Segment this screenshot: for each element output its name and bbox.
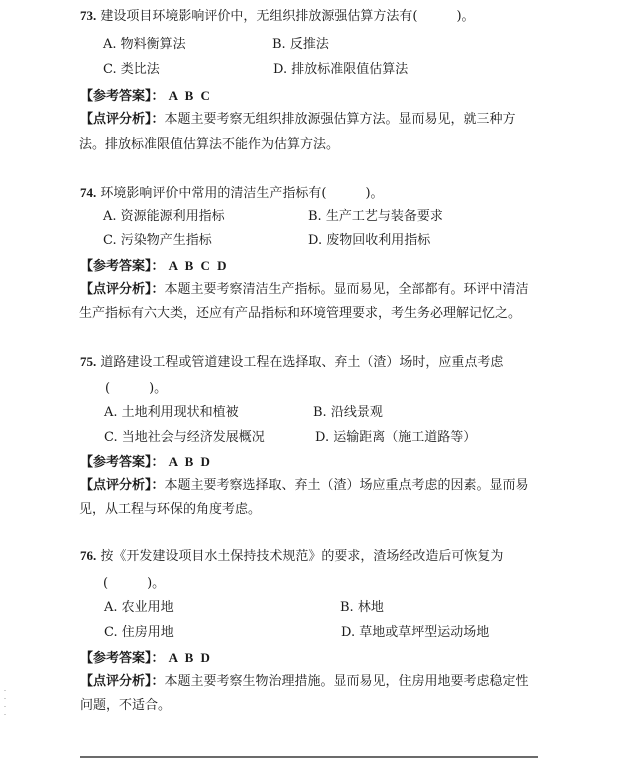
answer-label: 【参考答案】 <box>80 259 152 274</box>
option-label: B. <box>272 37 286 52</box>
option-label: B. <box>340 600 354 615</box>
option-text: 资源能源利用指标 <box>121 209 225 224</box>
option-text: 林地 <box>358 600 384 615</box>
answer-value: A B D <box>169 650 212 665</box>
option-c: C. 污染物产生指标 <box>103 233 212 249</box>
option-label: D. <box>308 233 322 248</box>
analysis-label: 【点评分析】 <box>80 674 152 689</box>
reference-answer: 【参考答案】： A B D <box>80 454 212 471</box>
option-d: D. 运输距离（施工道路等） <box>315 430 476 446</box>
analysis-text: 本题主要考察选择取、弃土（渣）场应重点考虑的因素。显而易 <box>165 478 529 493</box>
question-75-stem: 75. 道路建设工程或管道建设工程在选择取、弃土（渣）场时，应重点考虑 <box>80 354 503 371</box>
option-text: 运输距离（施工道路等） <box>333 430 476 445</box>
option-text: 污染物产生指标 <box>121 233 212 248</box>
option-label: C. <box>104 625 118 640</box>
answer-label: 【参考答案】 <box>80 651 152 666</box>
scan-artifact <box>4 690 6 720</box>
option-text: 排放标准限值估算法 <box>291 62 408 77</box>
option-text: 当地社会与经济发展概况 <box>122 430 265 445</box>
footer-rule <box>80 756 538 758</box>
question-text: 建设项目环境影响评价中，无组织排放源强估算方法有( )。 <box>100 9 474 24</box>
answer-label: 【参考答案】 <box>80 89 152 104</box>
question-text: 道路建设工程或管道建设工程在选择取、弃土（渣）场时，应重点考虑 <box>100 355 503 370</box>
option-text: 物料衡算法 <box>121 37 186 52</box>
option-b: B. 林地 <box>340 600 384 616</box>
option-label: C. <box>103 233 117 248</box>
question-number: 74. <box>80 185 96 200</box>
option-label: D. <box>273 62 287 77</box>
answer-separator: ： <box>152 455 165 470</box>
document-page: 73. 建设项目环境影响评价中，无组织排放源强估算方法有( )。 A. 物料衡算… <box>0 0 630 761</box>
option-c: C. 类比法 <box>103 62 160 78</box>
option-label: C. <box>104 430 118 445</box>
option-text: 废物回收利用指标 <box>326 233 430 248</box>
option-a: A. 资源能源利用指标 <box>103 209 225 225</box>
option-label: A. <box>103 37 117 52</box>
question-text: 环境影响评价中常用的清洁生产指标有( )。 <box>100 186 383 201</box>
option-label: A. <box>104 600 118 615</box>
option-label: B. <box>313 405 327 420</box>
analysis-separator: ： <box>152 674 165 689</box>
option-text: 土地利用现状和植被 <box>122 405 239 420</box>
answer-value: A B C D <box>169 258 229 273</box>
question-number: 76. <box>80 548 96 563</box>
option-a: A. 土地利用现状和植被 <box>104 405 239 421</box>
option-text: 反推法 <box>290 37 329 52</box>
answer-separator: ： <box>152 651 165 666</box>
analysis-label: 【点评分析】 <box>80 112 152 127</box>
analysis-line-2: 问题，不适合。 <box>80 698 171 714</box>
analysis-line-2: 见，从工程与环保的角度考虑。 <box>79 502 261 518</box>
analysis-label: 【点评分析】 <box>80 478 152 493</box>
option-label: C. <box>103 62 117 77</box>
question-76-blank: ( )。 <box>103 576 165 592</box>
option-a: A. 农业用地 <box>104 600 174 616</box>
option-d: D. 废物回收利用指标 <box>308 233 430 249</box>
option-text: 农业用地 <box>122 600 174 615</box>
option-a: A. 物料衡算法 <box>103 37 186 53</box>
reference-answer: 【参考答案】： A B C <box>80 88 212 105</box>
reference-answer: 【参考答案】： A B D <box>80 650 212 667</box>
option-c: C. 住房用地 <box>104 625 174 641</box>
option-b: B. 沿线景观 <box>313 405 383 421</box>
question-74-stem: 74. 环境影响评价中常用的清洁生产指标有( )。 <box>80 185 384 202</box>
answer-value: A B D <box>169 454 212 469</box>
analysis-separator: ： <box>152 282 165 297</box>
option-text: 草地或草坪型运动场地 <box>359 625 489 640</box>
analysis-line-1: 【点评分析】：本题主要考察选择取、弃土（渣）场应重点考虑的因素。显而易 <box>80 478 529 494</box>
option-label: D. <box>341 625 355 640</box>
option-d: D. 草地或草坪型运动场地 <box>341 625 489 641</box>
option-label: A. <box>103 209 117 224</box>
reference-answer: 【参考答案】： A B C D <box>80 258 229 275</box>
answer-label: 【参考答案】 <box>80 455 152 470</box>
option-text: 生产工艺与装备要求 <box>326 209 443 224</box>
option-label: D. <box>315 430 329 445</box>
analysis-line-1: 【点评分析】：本题主要考察清洁生产指标。显而易见，全部都有。环评中清洁 <box>80 282 529 298</box>
analysis-line-1: 【点评分析】：本题主要考察生物治理措施。显而易见，住房用地要考虑稳定性 <box>80 674 529 690</box>
question-number: 75. <box>80 354 96 369</box>
analysis-line-2: 法。排放标准限值估算法不能作为估算方法。 <box>79 137 339 153</box>
option-b: B. 反推法 <box>272 37 329 53</box>
option-label: A. <box>104 405 118 420</box>
question-73-stem: 73. 建设项目环境影响评价中，无组织排放源强估算方法有( )。 <box>80 8 475 25</box>
option-d: D. 排放标准限值估算法 <box>273 62 408 78</box>
analysis-separator: ： <box>152 478 165 493</box>
option-text: 住房用地 <box>122 625 174 640</box>
option-b: B. 生产工艺与装备要求 <box>308 209 443 225</box>
answer-value: A B C <box>169 88 212 103</box>
question-76-stem: 76. 按《开发建设项目水土保持技术规范》的要求，渣场经改造后可恢复为 <box>80 548 503 565</box>
question-75-blank: ( )。 <box>105 381 167 397</box>
option-c: C. 当地社会与经济发展概况 <box>104 430 265 446</box>
analysis-label: 【点评分析】 <box>80 282 152 297</box>
option-text: 沿线景观 <box>331 405 383 420</box>
analysis-line-2: 生产指标有六大类，还应有产品指标和环境管理要求，考生务必理解记忆之。 <box>79 306 521 322</box>
answer-separator: ： <box>152 89 165 104</box>
analysis-text: 本题主要考察无组织排放源强估算方法。显而易见，就三种方 <box>165 112 516 127</box>
answer-separator: ： <box>152 259 165 274</box>
option-label: B. <box>308 209 322 224</box>
question-number: 73. <box>80 8 96 23</box>
analysis-separator: ： <box>152 112 165 127</box>
analysis-text: 本题主要考察清洁生产指标。显而易见，全部都有。环评中清洁 <box>165 282 529 297</box>
question-text: 按《开发建设项目水土保持技术规范》的要求，渣场经改造后可恢复为 <box>100 549 503 564</box>
analysis-text: 本题主要考察生物治理措施。显而易见，住房用地要考虑稳定性 <box>165 674 529 689</box>
analysis-line-1: 【点评分析】：本题主要考察无组织排放源强估算方法。显而易见，就三种方 <box>80 112 516 128</box>
option-text: 类比法 <box>121 62 160 77</box>
